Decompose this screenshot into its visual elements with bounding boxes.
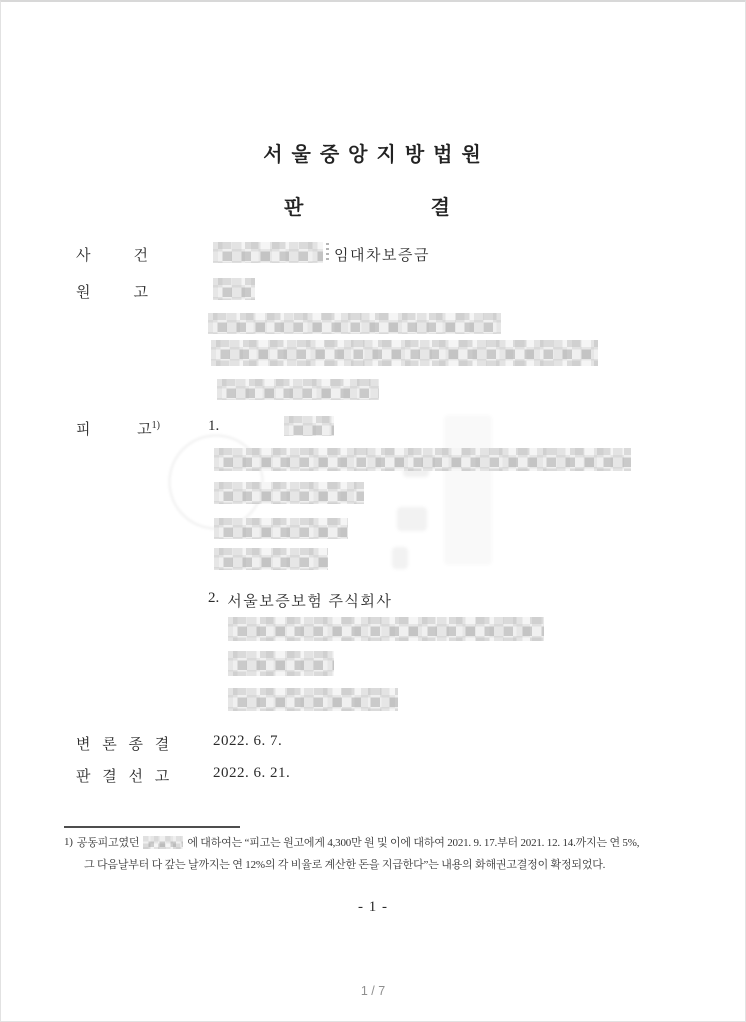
judgment-title: 판 결 xyxy=(284,191,450,220)
redacted-defendant2-address-line-2 xyxy=(228,651,334,676)
case-label-char1: 사 xyxy=(76,244,91,265)
faint-watermark-column xyxy=(444,415,492,565)
case-category: 임대차보증금 xyxy=(334,244,430,265)
defendant-label-char2: 고 xyxy=(137,422,152,438)
redacted-case-number xyxy=(213,242,323,263)
defendant2-number: 2. xyxy=(208,590,219,611)
plaintiff-label: 원 고 xyxy=(76,281,148,302)
redacted-defendant2-address-line-3 xyxy=(228,688,398,711)
defendant-label-char2-wrap: 고1) xyxy=(137,418,160,439)
footnote-text-before-redaction: 공동피고였던 xyxy=(77,834,140,850)
defendant2-name: 서울보증보험 주식회사 xyxy=(227,590,392,611)
redacted-plaintiff-address-line-1 xyxy=(208,313,501,334)
footnote-line-2: 그 다음날부터 다 갚는 날까지는 연 12%의 각 비율로 계산한 돈을 지급… xyxy=(84,856,605,872)
redacted-defendant1-info-line-4 xyxy=(214,548,328,570)
judgment-title-char-right: 결 xyxy=(431,191,450,220)
redacted-defendant1-name xyxy=(284,416,334,436)
footnote-line-1: 1) 공동피고였던 에 대하여는 “피고는 원고에게 4,300만 원 및 이에… xyxy=(64,834,639,850)
document-page-number: - 1 - xyxy=(1,899,745,916)
closing-of-arguments-date: 2022. 6. 7. xyxy=(213,733,282,750)
redacted-defendant1-info-line-1 xyxy=(214,448,631,471)
faint-watermark-fragment xyxy=(392,547,408,569)
case-label: 사 건 xyxy=(76,244,148,265)
court-name-title: 서 울 중 앙 지 방 법 원 xyxy=(1,138,745,167)
defendant-label: 피 고1) xyxy=(76,418,160,439)
defendant2-row: 2. 서울보증보험 주식회사 xyxy=(208,590,392,611)
redaction-artifact xyxy=(326,243,329,260)
redacted-plaintiff-name xyxy=(213,278,255,300)
case-label-char2: 건 xyxy=(134,244,149,265)
defendant-footnote-ref: 1) xyxy=(152,420,160,431)
footnote-text-after-redaction: 에 대하여는 “피고는 원고에게 4,300만 원 및 이에 대하여 2021.… xyxy=(187,834,639,850)
plaintiff-label-char1: 원 xyxy=(76,281,91,302)
closing-of-arguments-label: 변 론 종 결 xyxy=(76,733,173,754)
redacted-defendant1-info-line-2 xyxy=(214,482,364,504)
judgment-title-char-left: 판 xyxy=(284,191,303,220)
redacted-defendant2-address-line-1 xyxy=(228,617,544,641)
redacted-plaintiff-address-line-3 xyxy=(217,379,379,400)
redacted-plaintiff-address-line-2 xyxy=(211,340,598,366)
judgment-document-page: 서 울 중 앙 지 방 법 원 판 결 사 건 임대차보증금 원 고 피 고1)… xyxy=(0,0,746,1022)
footnote-divider xyxy=(64,826,240,828)
judgment-pronounced-date: 2022. 6. 21. xyxy=(213,765,290,782)
redacted-footnote-name xyxy=(143,836,183,849)
footnote-marker: 1) xyxy=(64,836,73,848)
defendant-label-char1: 피 xyxy=(76,418,91,439)
faint-watermark-fragment xyxy=(397,507,427,531)
plaintiff-label-char2: 고 xyxy=(134,281,149,302)
defendant1-number: 1. xyxy=(208,418,219,435)
viewer-page-indicator: 1 / 7 xyxy=(1,984,745,998)
judgment-pronounced-label: 판 결 선 고 xyxy=(76,765,173,786)
redacted-defendant1-info-line-3 xyxy=(214,518,348,539)
